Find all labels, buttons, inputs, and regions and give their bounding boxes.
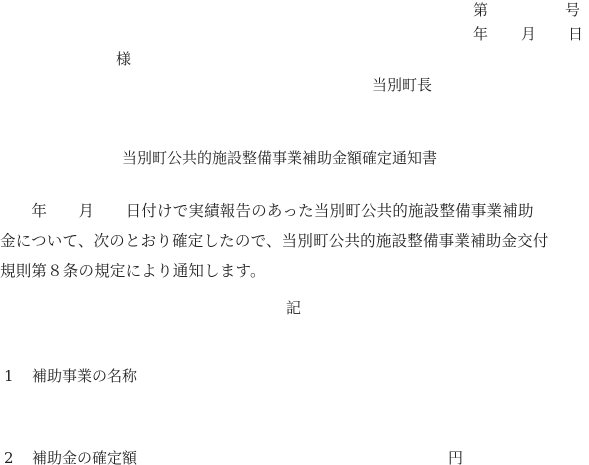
date-year-label: 年	[473, 24, 488, 44]
yen-unit: 円	[448, 448, 463, 465]
recipient-honorific: 様	[116, 49, 131, 69]
document-number-suffix: 号	[565, 0, 580, 20]
date-day-label: 日	[568, 24, 583, 44]
body-line: 金について、次のとおり確定したので、当別町公共的施設整備事業補助金交付	[0, 226, 589, 256]
item-number: 1	[4, 366, 14, 386]
date-month-label: 月	[521, 24, 536, 44]
sender-name: 当別町長	[372, 75, 432, 95]
item-label-project-name: 補助事業の名称	[32, 366, 137, 386]
ki-heading: 記	[286, 298, 301, 318]
item-number: 2	[4, 448, 14, 465]
body-paragraph: 年 月 日付けで実績報告のあった当別町公共的施設整備事業補助 金について、次のと…	[0, 196, 589, 286]
document-number-prefix: 第	[473, 0, 488, 20]
item-label-confirmed-amount: 補助金の確定額	[32, 448, 137, 465]
body-line: 年 月 日付けで実績報告のあった当別町公共的施設整備事業補助	[0, 196, 589, 226]
document-title: 当別町公共的施設整備事業補助金額確定通知書	[122, 148, 437, 168]
body-line: 規則第８条の規定により通知します。	[0, 256, 589, 286]
